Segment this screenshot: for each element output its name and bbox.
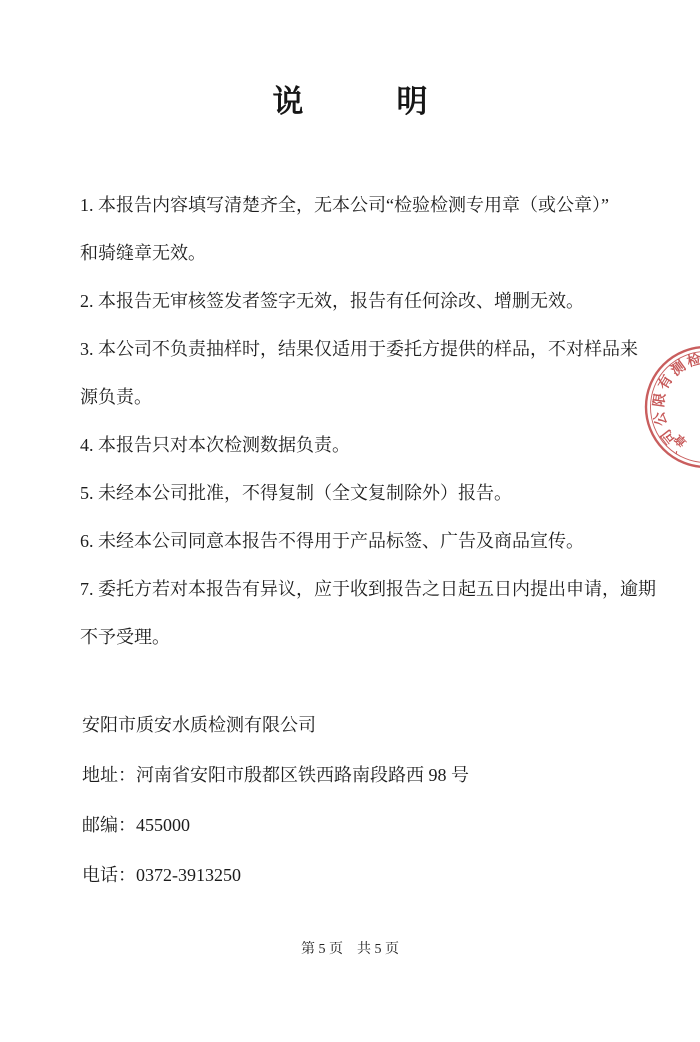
seal-arc-char: 限 — [650, 392, 669, 408]
company-address: 地址：河南省安阳市殷都区铁西路南段路西 98 号 — [82, 750, 642, 800]
note-1-line-1: 1. 本报告内容填写清楚齐全，无本公司“检验检测专用章（或公章）” — [80, 181, 642, 229]
note-3-line-1: 3. 本公司不负责抽样时，结果仅适用于委托方提供的样品，不对样品来 — [80, 325, 642, 373]
seal-arc-char: 公 — [651, 409, 670, 428]
note-7-line-1: 7. 委托方若对本报告有异议，应于收到报告之日起五日内提出申请，逾期 — [80, 565, 642, 613]
report-notes-page: 说 明 1. 本报告内容填写清楚齐全，无本公司“检验检测专用章（或公章）” 和骑… — [0, 0, 700, 1042]
seal-arc-char: 有 — [655, 372, 677, 393]
company-postal-code: 邮编：455000 — [82, 800, 642, 850]
note-4-line-1: 4. 本报告只对本次检测数据负责。 — [80, 421, 642, 469]
seal-tick-mark: 、 — [666, 446, 679, 459]
note-2-line-1: 2. 本报告无审核签发者签字无效，报告有任何涂改、增删无效。 — [80, 277, 642, 325]
seal-inner-char: 章 — [671, 431, 690, 450]
page-number-footer: 第 5 页 共 5 页 — [0, 938, 700, 958]
note-7-line-2: 不予受理。 — [80, 613, 642, 661]
note-6-line-1: 6. 未经本公司同意本报告不得用于产品标签、广告及商品宣传。 — [80, 517, 642, 565]
seal-arc-char: 司 — [657, 426, 679, 447]
notes-section: 1. 本报告内容填写清楚齐全，无本公司“检验检测专用章（或公章）” 和骑缝章无效… — [80, 181, 642, 661]
company-phone: 电话：0372-3913250 — [82, 850, 642, 900]
note-5-line-1: 5. 未经本公司批准，不得复制（全文复制除外）报告。 — [80, 469, 642, 517]
note-3-line-2: 源负责。 — [80, 373, 642, 421]
seal-arc-char: 检 — [685, 350, 700, 370]
seal-arc-char: 测 — [668, 357, 689, 379]
note-1-line-2: 和骑缝章无效。 — [80, 229, 642, 277]
company-info-block: 安阳市质安水质检测有限公司 地址：河南省安阳市殷都区铁西路南段路西 98 号 邮… — [82, 700, 642, 900]
company-name: 安阳市质安水质检测有限公司 — [82, 700, 642, 750]
page-title: 说 明 — [0, 76, 700, 121]
